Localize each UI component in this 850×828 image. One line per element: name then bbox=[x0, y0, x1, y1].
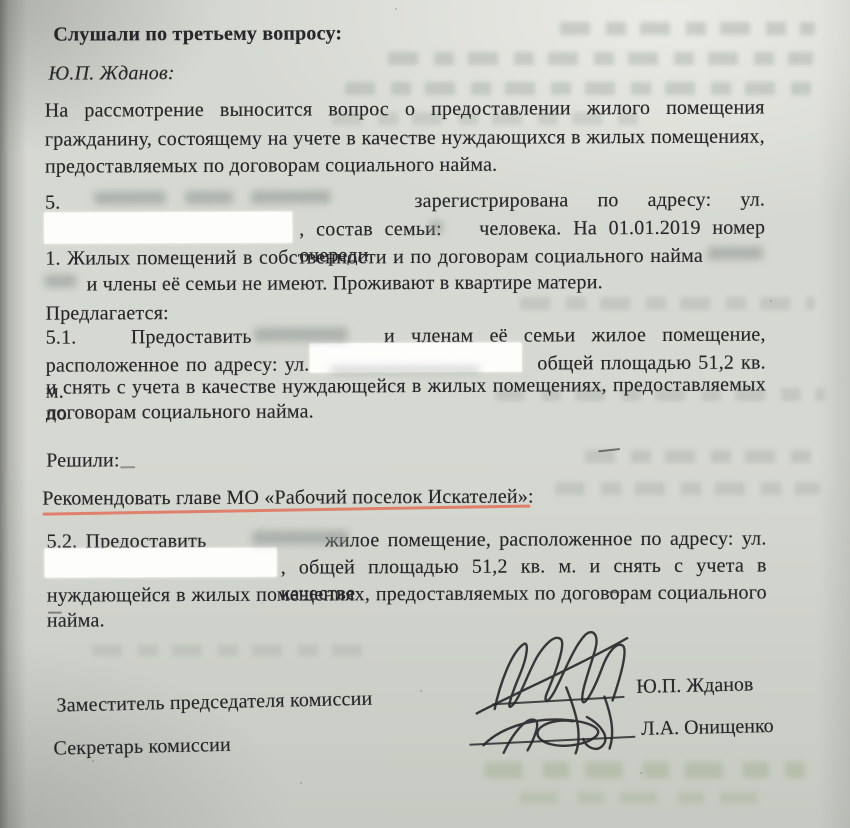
paper-sheet: Слушали по третьему вопросу: Ю.П. Жданов… bbox=[0, 0, 850, 828]
document-photo: Слушали по третьему вопросу: Ю.П. Жданов… bbox=[0, 0, 850, 828]
dust-speck bbox=[395, 8, 397, 10]
dust-speck bbox=[420, 690, 422, 692]
dust-speck bbox=[300, 782, 302, 784]
signer-role-2: Секретарь комиссии bbox=[53, 734, 231, 761]
dust-speck bbox=[92, 760, 94, 762]
dust-speck bbox=[170, 705, 172, 707]
dust-speck bbox=[770, 300, 772, 302]
handwritten-signatures bbox=[467, 625, 680, 765]
signature-block: Заместитель председателя комиссии Секрет… bbox=[0, 0, 850, 828]
dust-speck bbox=[523, 642, 525, 644]
dust-speck bbox=[640, 772, 642, 774]
signer-role-1: Заместитель председателя комиссии bbox=[56, 688, 372, 718]
